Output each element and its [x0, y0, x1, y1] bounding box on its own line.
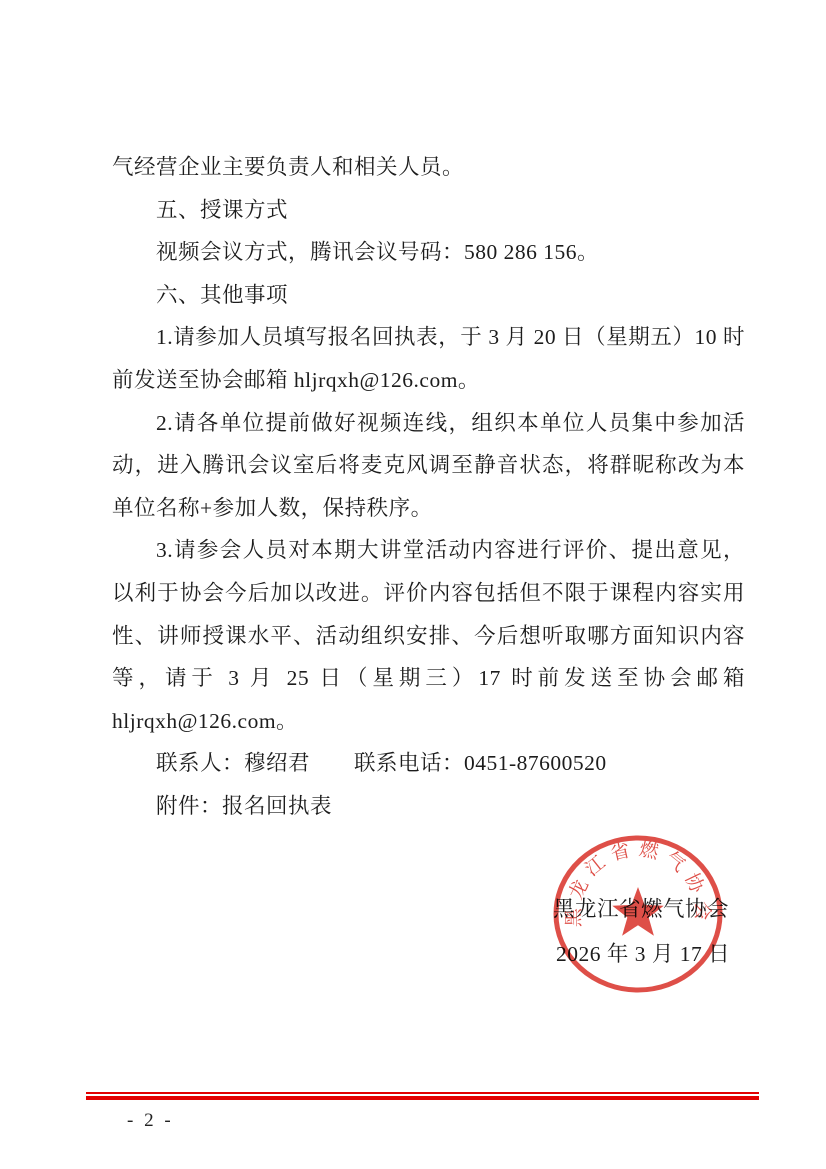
contact-line: 联系人：穆绍君 联系电话：0451-87600520 — [112, 742, 745, 785]
doc-line: 等，请于 3 月 25 日（星期三）17 时前发送至协会邮箱 — [112, 657, 745, 700]
doc-line-heading: 五、授课方式 — [112, 189, 745, 232]
doc-line-heading: 六、其他事项 — [112, 274, 745, 317]
page-number: - 2 - — [127, 1110, 174, 1132]
doc-line: 性、讲师授课水平、活动组织安排、今后想听取哪方面知识内容 — [112, 615, 745, 658]
document-page: 气经营企业主要负责人和相关人员。 五、授课方式 视频会议方式，腾讯会议号码：58… — [0, 0, 826, 1169]
doc-line: 2.请各单位提前做好视频连线，组织本单位人员集中参加活 — [112, 402, 745, 445]
document-body: 气经营企业主要负责人和相关人员。 五、授课方式 视频会议方式，腾讯会议号码：58… — [112, 146, 745, 828]
doc-line: 3.请参会人员对本期大讲堂活动内容进行评价、提出意见， — [112, 529, 745, 572]
doc-line: 前发送至协会邮箱 hljrqxh@126.com。 — [112, 359, 745, 402]
star-icon — [612, 887, 663, 936]
footer-rule-thick — [86, 1096, 759, 1100]
doc-line: 1.请参加人员填写报名回执表，于 3 月 20 日（星期五）10 时 — [112, 316, 745, 359]
doc-line: 单位名称+参加人数，保持秩序。 — [112, 487, 745, 530]
official-seal: 黑龙江省燃气协会 — [545, 828, 735, 1000]
attachment-line: 附件：报名回执表 — [112, 785, 745, 828]
doc-line: 动，进入腾讯会议室后将麦克风调至静音状态，将群昵称改为本 — [112, 444, 745, 487]
doc-line: hljrqxh@126.com。 — [112, 700, 745, 743]
footer-rule — [86, 1092, 759, 1100]
doc-line: 视频会议方式，腾讯会议号码：580 286 156。 — [112, 231, 745, 274]
doc-line: 气经营企业主要负责人和相关人员。 — [112, 146, 745, 189]
doc-line: 以利于协会今后加以改进。评价内容包括但不限于课程内容实用 — [112, 572, 745, 615]
